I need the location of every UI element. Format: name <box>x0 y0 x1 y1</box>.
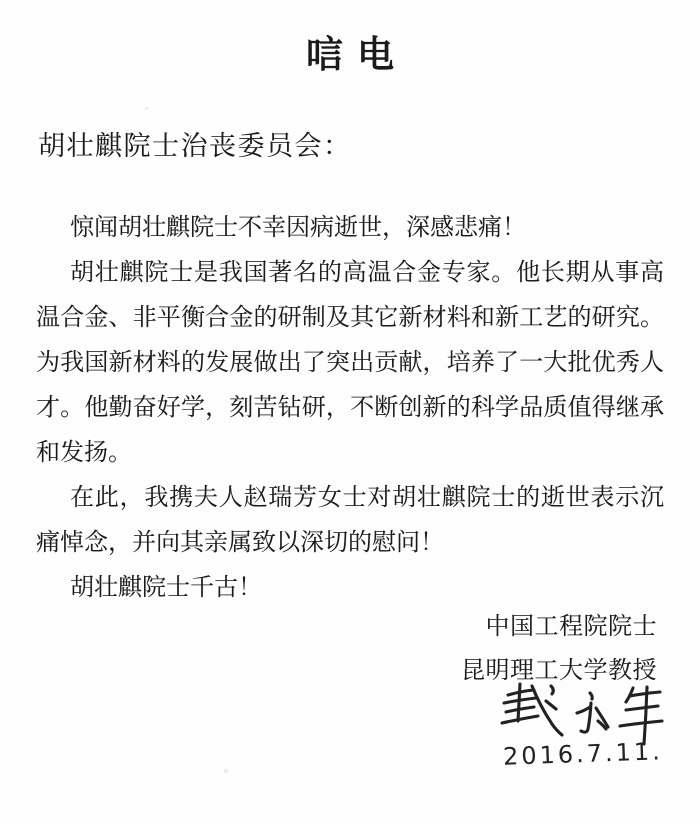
letter-title: 唁电 <box>0 36 700 77</box>
body-line: 温合金、非平衡合金的研制及其它新材料和新工艺的研究。 <box>36 296 664 341</box>
closing-title-line: 中国工程院院士 <box>486 606 658 641</box>
scan-speck <box>145 107 148 110</box>
body-line: 痛悼念，并向其亲属致以深切的慰问！ <box>36 521 664 566</box>
body-line: 在此，我携夫人赵瑞芳女士对胡壮麒院士的逝世表示沉 <box>36 476 664 521</box>
body-line: 胡壮麒院士是我国著名的高温合金专家。他长期从事高 <box>36 251 664 296</box>
letter-body: 惊闻胡壮麒院士不幸因病逝世，深感悲痛！ 胡壮麒院士是我国著名的高温合金专家。他长… <box>36 206 664 611</box>
handwritten-date: 2016.7.11. <box>503 737 664 771</box>
scanned-letter-page: 唁电 胡壮麒院士治丧委员会： 惊闻胡壮麒院士不幸因病逝世，深感悲痛！ 胡壮麒院士… <box>0 0 700 825</box>
salutation: 胡壮麒院士治丧委员会： <box>38 124 352 163</box>
body-line: 惊闻胡壮麒院士不幸因病逝世，深感悲痛！ <box>36 206 664 251</box>
scan-speck <box>224 769 228 773</box>
body-line: 和发扬。 <box>36 431 664 476</box>
body-line: 为我国新材料的发展做出了突出贡献，培养了一大批优秀人 <box>36 341 664 386</box>
body-line: 才。他勤奋好学，刻苦钻研，不断创新的科学品质值得继承 <box>36 386 664 431</box>
body-line: 胡壮麒院士千古！ <box>36 566 664 611</box>
